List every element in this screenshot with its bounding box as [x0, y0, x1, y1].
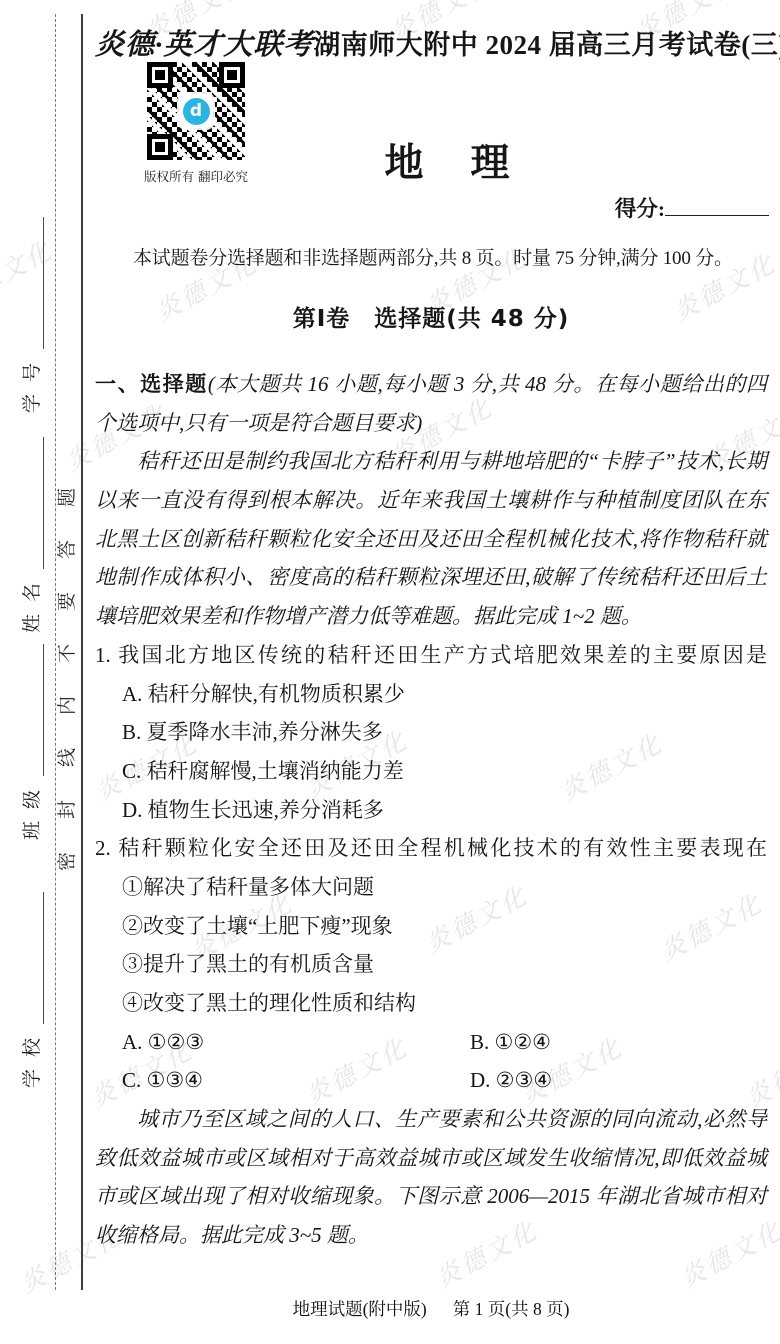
seal-margin-notice: 密封线内不要答题 [55, 443, 81, 883]
subject-title: 地 理 [95, 132, 767, 188]
passage1-line: 地制作成体积小、密度高的秸秆颗粒深埋还田,破解了传统秸秆还田后土 [95, 558, 767, 597]
footer-page-label: 第 1 页(共 8 页) [453, 1299, 570, 1319]
passage2-line: 收缩格局。据此完成 3~5 题。 [95, 1216, 767, 1255]
passage1-line: 北黑土区创新秸秆颗粒化安全还田及还田全程机械化技术,将作物秸秆就 [95, 520, 767, 559]
passage2-line: 城市乃至区域之间的人口、生产要素和公共资源的同向流动,必然导 [95, 1100, 767, 1139]
passage2-line: 市或区域出现了相对收缩现象。下图示意 2006—2015 年湖北省城市相对 [95, 1177, 767, 1216]
question-1-option-b: B. 夏季降水丰沛,养分淋失多 [95, 713, 767, 752]
question-2-item-2: ②改变了土壤“上肥下瘦”现象 [95, 907, 767, 946]
qr-finder-top-left [147, 62, 173, 88]
question-1-stem: 1. 我国北方地区传统的秸秆还田生产方式培肥效果差的主要原因是 [95, 636, 767, 675]
question-1-option-d: D. 植物生长迅速,养分消耗多 [95, 791, 767, 830]
exam-paper-page: { "watermark": { "text": "炎德文化", "color"… [0, 0, 780, 1344]
score-label: 得分: [615, 197, 665, 221]
question-body: 一、选择题(本大题共 16 小题,每小题 3 分,共 48 分。在每小题给出的四… [95, 365, 767, 1255]
exam-instructions: 本试题卷分选择题和非选择题两部分,共 8 页。时量 75 分钟,满分 100 分… [95, 243, 767, 270]
school-field: 学校 [18, 878, 44, 1088]
content-border-line [81, 14, 83, 1290]
question-1-option-a: A. 秸秆分解快,有机物质积累少 [95, 675, 767, 714]
student-name-label: 姓名 [22, 571, 44, 633]
exam-content: 炎德·英才大联考湖南师大附中 2024 届高三月考试卷(三) d 版权所有 翻印… [95, 0, 767, 1344]
part1-title-line1: 一、选择题(本大题共 16 小题,每小题 3 分,共 48 分。在每小题给出的四 [95, 365, 767, 404]
qr-logo-letter: d [183, 98, 210, 125]
brand-name: 炎德·英才大联考 [95, 29, 313, 61]
student-id-label: 学号 [22, 351, 44, 413]
passage1-line: 以来一直没有得到根本解决。近年来我国土壤耕作与种植制度团队在东 [95, 481, 767, 520]
student-name-field: 姓名 [18, 423, 44, 633]
passage1-line: 秸秆还田是制约我国北方秸秆利用与耕地培肥的“卡脖子”技术,长期 [95, 442, 767, 481]
question-2-item-4: ④改变了黑土的理化性质和结构 [95, 984, 767, 1023]
passage1-line: 壤培肥效果差和作物增产潜力低等难题。据此完成 1~2 题。 [95, 597, 767, 636]
score-row: 得分: [615, 192, 769, 223]
question-2-option-a: A. ①②③ [122, 1023, 204, 1062]
exam-header-title: 炎德·英才大联考湖南师大附中 2024 届高三月考试卷(三) [95, 22, 767, 63]
passage2-line: 致低效益城市或区域相对于高效益城市或区域发生收缩情况,即低效益城 [95, 1139, 767, 1178]
question-2-item-3: ③提升了黑土的有机质含量 [95, 945, 767, 984]
school-blank-line [27, 892, 44, 1024]
part1-title-line2: 个选项中,只有一项是符合题目要求) [95, 404, 767, 443]
exam-title-text: 湖南师大附中 2024 届高三月考试卷(三) [313, 30, 780, 60]
student-name-blank-line [27, 437, 44, 569]
page-footer: 地理试题(附中版)第 1 页(共 8 页) [95, 1296, 767, 1321]
question-2-stem: 2. 秸秆颗粒化安全还田及还田全程机械化技术的有效性主要表现在 [95, 829, 767, 868]
part1-title-note1: (本大题共 16 小题,每小题 3 分,共 48 分。在每小题给出的四 [208, 372, 767, 396]
qr-center-logo: d [179, 94, 213, 128]
school-label: 学校 [22, 1026, 44, 1088]
class-label: 班级 [22, 778, 44, 840]
question-1-option-c: C. 秸秆腐解慢,土壤消纳能力差 [95, 752, 767, 791]
question-2-options-row-1: A. ①②③ B. ①②④ [95, 1023, 767, 1062]
student-id-field: 学号 [18, 203, 44, 413]
qr-finder-top-right [219, 62, 245, 88]
question-2-option-c: C. ①③④ [122, 1061, 203, 1100]
part1-title-bold: 一、选择题 [95, 372, 208, 396]
section-1-heading: 第Ⅰ卷 选择题(共 48 分) [95, 300, 767, 333]
student-id-blank-line [27, 217, 44, 349]
question-2-options-row-2: C. ①③④ D. ②③④ [95, 1061, 767, 1100]
class-field: 班级 [18, 630, 44, 840]
footer-doc-label: 地理试题(附中版) [293, 1299, 427, 1319]
class-blank-line [27, 644, 44, 776]
question-2-option-b: B. ①②④ [470, 1023, 551, 1062]
score-blank-line [665, 209, 769, 216]
question-2-option-d: D. ②③④ [470, 1061, 552, 1100]
question-2-item-1: ①解决了秸秆量多体大问题 [95, 868, 767, 907]
